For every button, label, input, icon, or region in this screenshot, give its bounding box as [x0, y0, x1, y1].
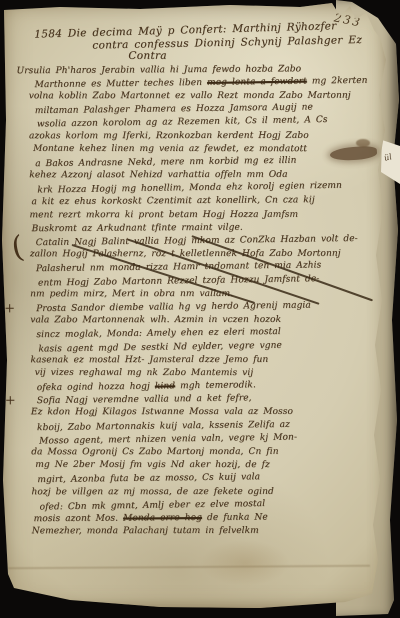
- edge-note: ül: [383, 152, 393, 163]
- manuscript-paragraph: +Prosta Sandor diembe vallia hg vg herdo…: [32, 300, 365, 395]
- manuscript-line: Nemezher, monda Palachanj tutam in felve…: [32, 525, 364, 539]
- struck-phrase: kind: [155, 381, 175, 391]
- manuscript-line: kasenak ez mostal Hzt- Jamsteral dzze Je…: [31, 353, 363, 367]
- struck-phrase: meg lenta a fewdert: [207, 76, 307, 87]
- marginal-brace-mark: (: [9, 229, 27, 266]
- manuscript-page: 233 1584 Die decima Maÿ p Confert: Marth…: [0, 0, 400, 618]
- text-block: 1584 Die decima Maÿ p Confert: Marthinj …: [30, 23, 366, 540]
- fold-crease: [8, 565, 370, 570]
- manuscript-paragraph: 1584 Die decima Maÿ p Confert: Marthinj …: [30, 23, 362, 65]
- struck-phrase: Monda erre hog: [123, 513, 202, 524]
- marginal-plus-mark: +: [4, 301, 15, 316]
- paper-stain: [200, 540, 290, 586]
- manuscript-paragraph: +Sofia Nagj veremdne vallia und a ket fe…: [33, 392, 366, 539]
- manuscript-line: Contra: [128, 50, 360, 64]
- manuscript-line: ment rezrt mkorra ki pront betam Hogj Ho…: [30, 208, 362, 222]
- manuscript-paragraph: Ursulia Ph'haros Jerabin vallia hi Juma …: [30, 62, 363, 236]
- manuscript-line: da Mossa Ogronij Cs Zabo Martonj monda, …: [31, 446, 363, 460]
- manuscript-paragraph: (Catalin Nagj Balint vallia Hogj mkom az…: [32, 234, 364, 302]
- marginal-plus-mark: +: [5, 394, 16, 409]
- manuscript-line: azokas korlom mg Iferki, Rzonkozban kerd…: [29, 129, 361, 143]
- manuscript-scan: ül 233 1584 Die decima Maÿ p Confert: Ma…: [0, 0, 400, 618]
